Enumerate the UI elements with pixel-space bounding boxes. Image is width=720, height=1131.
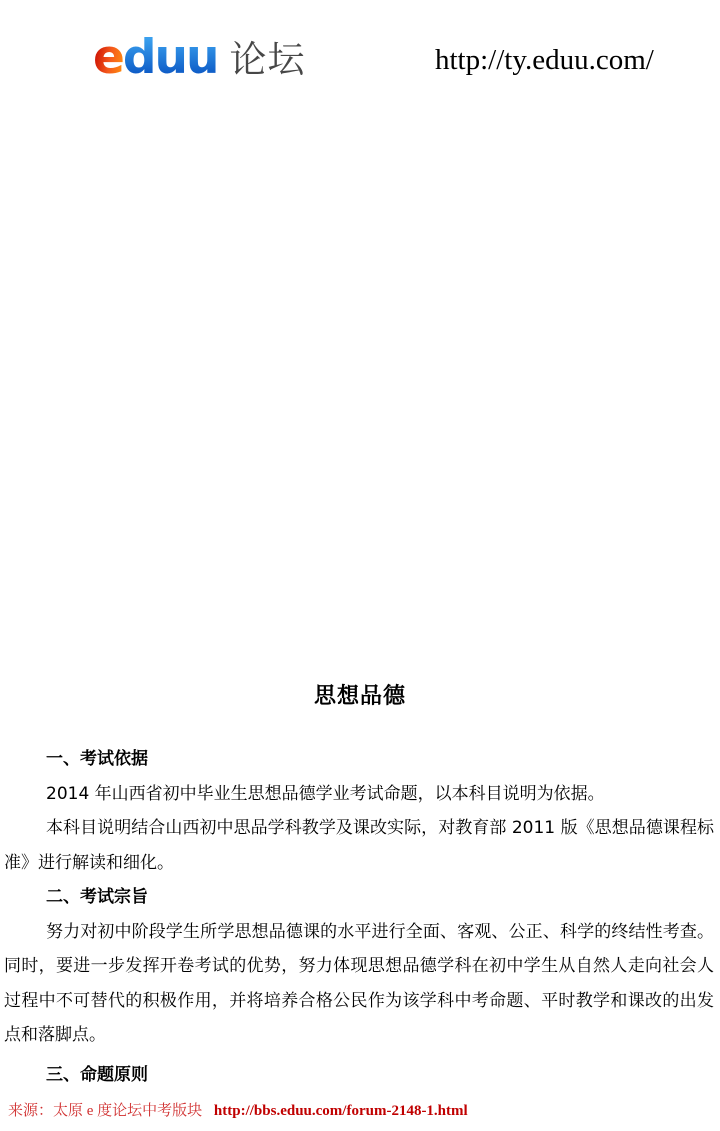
paragraph: 2014 年山西省初中毕业生思想品德学业考试命题，以本科目说明为依据。 [4, 777, 714, 812]
header-site-url[interactable]: http://ty.eduu.com/ [435, 44, 654, 77]
section-heading-proposition-principles: 三、命题原则 [4, 1058, 714, 1093]
section-heading-exam-basis: 一、考试依据 [4, 742, 714, 777]
paragraph: 本科目说明结合山西初中思品学科教学及课改实际，对教育部 2011 版《思想品德课… [4, 811, 714, 880]
footer-source-url[interactable]: http://bbs.eduu.com/forum-2148-1.html [214, 1103, 468, 1119]
paragraph: 努力对初中阶段学生所学思想品德课的水平进行全面、客观、公正、科学的终结性考查。同… [4, 915, 714, 1053]
document-body: 一、考试依据 2014 年山西省初中毕业生思想品德学业考试命题，以本科目说明为依… [4, 742, 714, 1092]
document-page: e duu 论坛 http://ty.eduu.com/ 思想品德 一、考试依据… [0, 0, 720, 1131]
footer-source-label: 来源：太原 e 度论坛中考版块 [8, 1103, 202, 1119]
section-heading-exam-purpose: 二、考试宗旨 [4, 880, 714, 915]
logo-suffix-forum: 论坛 [229, 41, 305, 81]
logo-letter-e: e [93, 34, 123, 81]
page-title: 思想品德 [0, 679, 720, 710]
logo-letters-duu: duu [123, 34, 218, 81]
eduu-logo[interactable]: e duu 论坛 [93, 34, 305, 81]
source-footer: 来源：太原 e 度论坛中考版块 http://bbs.eduu.com/foru… [8, 1100, 720, 1122]
